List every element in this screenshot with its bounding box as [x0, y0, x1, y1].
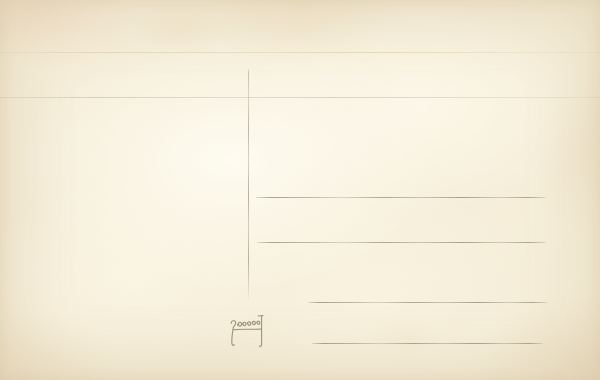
paper-crease-top: [0, 52, 600, 53]
postcard-back: [0, 0, 600, 380]
address-line: [312, 343, 543, 344]
address-line: [308, 302, 547, 303]
address-line: [257, 242, 546, 243]
divider-line: [248, 68, 249, 301]
address-line: [256, 197, 546, 198]
message-area: [0, 68, 248, 301]
publisher-signature-icon: [225, 309, 269, 349]
